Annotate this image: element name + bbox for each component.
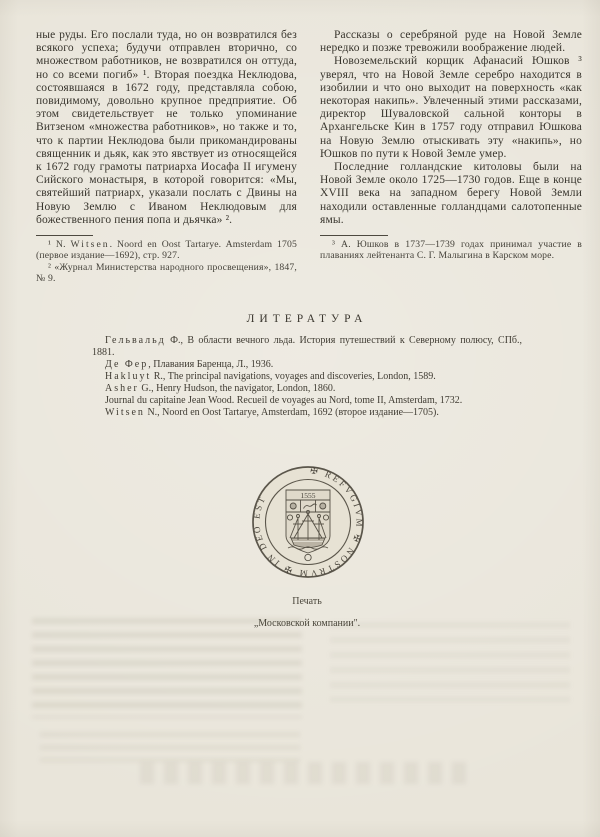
footnote-3: ³ А. Юшков в 1737—1739 годах принимал уч…: [320, 239, 582, 262]
right-footnotes: ³ А. Юшков в 1737—1739 годах принимал уч…: [320, 235, 582, 262]
literature-section: ЛИТЕРАТУРА Гельвальд Ф., В области вечно…: [92, 313, 522, 419]
right-column: Рассказы о серебряной руде на Новой Земл…: [320, 29, 582, 262]
literature-author: Asher: [105, 383, 139, 394]
literature-entry: Journal du capitaine Jean Wood. Recueil …: [92, 395, 522, 407]
literature-entry-text: N., Noord en Oost Tartarye, Amsterdam, 1…: [145, 407, 439, 418]
literature-author: Де Фер: [105, 359, 148, 370]
bleedthrough-texture: [140, 762, 470, 784]
seal-svg: ✠ REFVGIVM ✠ NOSTRVM ✠ IN DEO EST: [240, 454, 376, 590]
literature-entry: Hakluyt R., The principal navigations, v…: [92, 371, 522, 383]
literature-entry-text: G., Henry Hudson, the navigator, London,…: [139, 383, 336, 394]
seal-year: 1555: [301, 491, 316, 500]
seal-caption-line2: „Московской компании".: [187, 613, 427, 635]
footnote-rule: [36, 235, 93, 236]
literature-author: Гельвальд: [105, 335, 166, 346]
scanned-book-page: ные руды. Его послали туда, но он возвра…: [0, 0, 600, 837]
seal-caption: Печать „Московской компании".: [187, 591, 427, 635]
left-column: ные руды. Его послали туда, но он возвра…: [36, 29, 297, 285]
literature-entry-text: R., The principal navigations, voyages a…: [151, 371, 435, 382]
literature-heading: ЛИТЕРАТУРА: [92, 313, 522, 325]
footnote-1: ¹ N. Witsen. Noord en Oost Tartarye. Ams…: [36, 239, 297, 262]
body-paragraph: Последние голландские китоловы были на Н…: [320, 161, 582, 227]
footnote-2: ² «Журнал Министерства народного просвещ…: [36, 262, 297, 285]
footnote-rule: [320, 235, 388, 236]
body-paragraph: ные руды. Его послали туда, но он возвра…: [36, 29, 297, 227]
literature-entry: Гельвальд Ф., В области вечного льда. Ис…: [92, 335, 522, 359]
bleedthrough-texture: [40, 732, 300, 762]
seal-caption-line1: Печать: [187, 591, 427, 613]
literature-entry: Asher G., Henry Hudson, the navigator, L…: [92, 383, 522, 395]
body-paragraph: Рассказы о серебряной руде на Новой Земл…: [320, 29, 582, 55]
literature-entry: Де Фер, Плавания Баренца, Л., 1936.: [92, 359, 522, 371]
footnote-1-prefix: ¹ N.: [48, 239, 71, 250]
left-footnotes: ¹ N. Witsen. Noord en Oost Tartarye. Ams…: [36, 235, 297, 285]
footnote-1-author: Witsen: [71, 239, 110, 250]
literature-entry: Witsen N., Noord en Oost Tartarye, Amste…: [92, 407, 522, 419]
body-paragraph: Новоземельский корщик Афанасий Юшков ³ у…: [320, 55, 582, 161]
literature-author: Witsen: [105, 407, 145, 418]
literature-author: Hakluyt: [105, 371, 151, 382]
literature-entry-text: , Плавания Баренца, Л., 1936.: [148, 359, 273, 370]
muscovy-company-seal-image: ✠ REFVGIVM ✠ NOSTRVM ✠ IN DEO EST: [240, 454, 376, 590]
literature-entry-text: Journal du capitaine Jean Wood. Recueil …: [105, 395, 462, 406]
